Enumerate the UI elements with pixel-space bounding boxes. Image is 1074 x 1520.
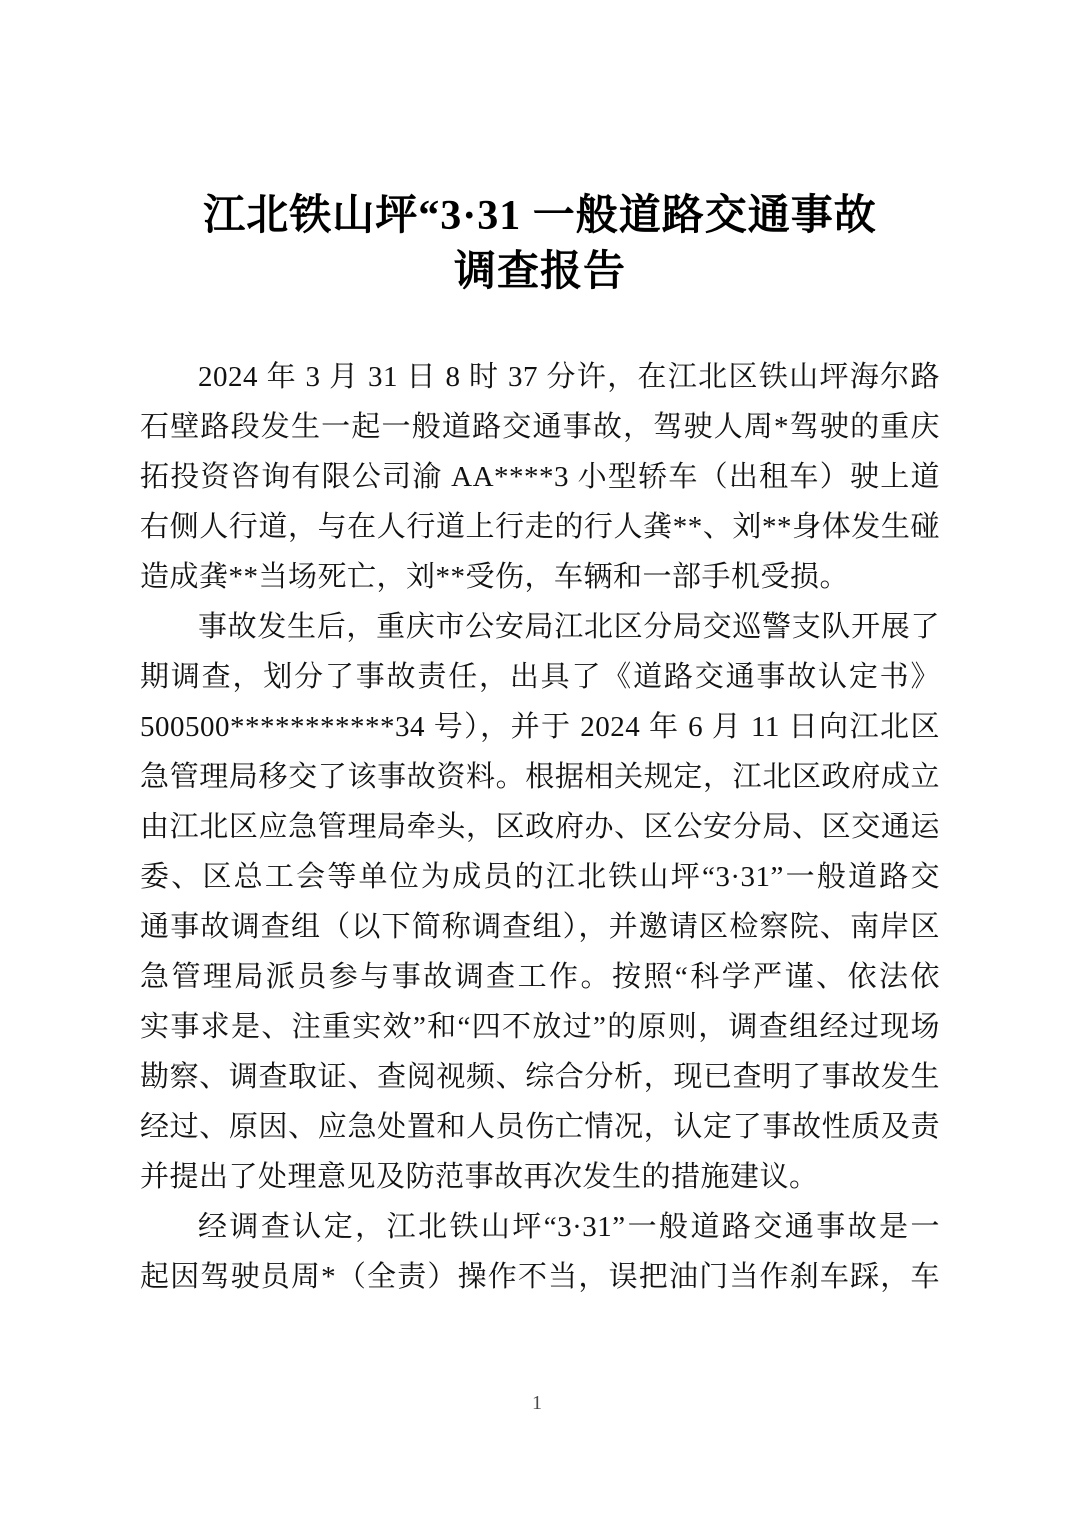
paragraph-1-line-5: 造成龚**当场死亡，刘**受伤，车辆和一部手机受损。 xyxy=(140,552,940,602)
paragraph-3-line-1: 经调查认定，江北铁山坪“3·31”一般道路交通事故是一 xyxy=(140,1202,940,1252)
paragraph-2-line-10: 勘察、调查取证、查阅视频、综合分析，现已查明了事故发生的 xyxy=(140,1052,940,1102)
title-line-1: 江北铁山坪“3·31 一般道路交通事故 xyxy=(140,188,940,244)
paragraph-2-line-3: 500500***********34 号），并于 2024 年 6 月 11 … xyxy=(140,702,940,752)
paragraph-2-line-9: 实事求是、注重实效”和“四不放过”的原则，调查组经过现场 xyxy=(140,1002,940,1052)
paragraph-2-line-4: 急管理局移交了该事故资料。根据相关规定，江北区政府成立了 xyxy=(140,752,940,802)
paragraph-2-line-7: 通事故调查组（以下简称调查组），并邀请区检察院、南岸区应 xyxy=(140,902,940,952)
paragraph-2-line-6: 委、区总工会等单位为成员的江北铁山坪“3·31”一般道路交 xyxy=(140,852,940,902)
paragraph-2-line-8: 急管理局派员参与事故调查工作。按照“科学严谨、依法依规、 xyxy=(140,952,940,1002)
paragraph-1-line-3: 拓投资咨询有限公司渝 AA****3 小型轿车（出租车）驶上道路 xyxy=(140,452,940,502)
document-body: 2024 年 3 月 31 日 8 时 37 分许，在江北区铁山坪海尔路溜 石壁… xyxy=(140,352,940,1302)
paragraph-1-line-2: 石壁路段发生一起一般道路交通事故，驾驶人周*驾驶的重庆睿 xyxy=(140,402,940,452)
paragraph-2-line-11: 经过、原因、应急处置和人员伤亡情况，认定了事故性质及责任， xyxy=(140,1102,940,1152)
page-number: 1 xyxy=(0,1390,1074,1416)
paragraph-2-line-2: 期调查，划分了事故责任，出具了《道路交通事故认定书》（第 xyxy=(140,652,940,702)
paragraph-1-line-4: 右侧人行道，与在人行道上行走的行人龚**、刘**身体发生碰撞， xyxy=(140,502,940,552)
paragraph-2-line-5: 由江北区应急管理局牵头，区政府办、区公安分局、区交通运输 xyxy=(140,802,940,852)
document-page: 江北铁山坪“3·31 一般道路交通事故 调查报告 2024 年 3 月 31 日… xyxy=(0,0,1074,1520)
paragraph-2-line-1: 事故发生后，重庆市公安局江北区分局交巡警支队开展了前 xyxy=(140,602,940,652)
title-line-2: 调查报告 xyxy=(140,244,940,300)
paragraph-2-line-12: 并提出了处理意见及防范事故再次发生的措施建议。 xyxy=(140,1152,940,1202)
paragraph-1-line-1: 2024 年 3 月 31 日 8 时 37 分许，在江北区铁山坪海尔路溜 xyxy=(140,352,940,402)
paragraph-3-line-2: 起因驾驶员周*（全责）操作不当，误把油门当作刹车踩，车辆 xyxy=(140,1252,940,1302)
document-title: 江北铁山坪“3·31 一般道路交通事故 调查报告 xyxy=(140,188,940,300)
